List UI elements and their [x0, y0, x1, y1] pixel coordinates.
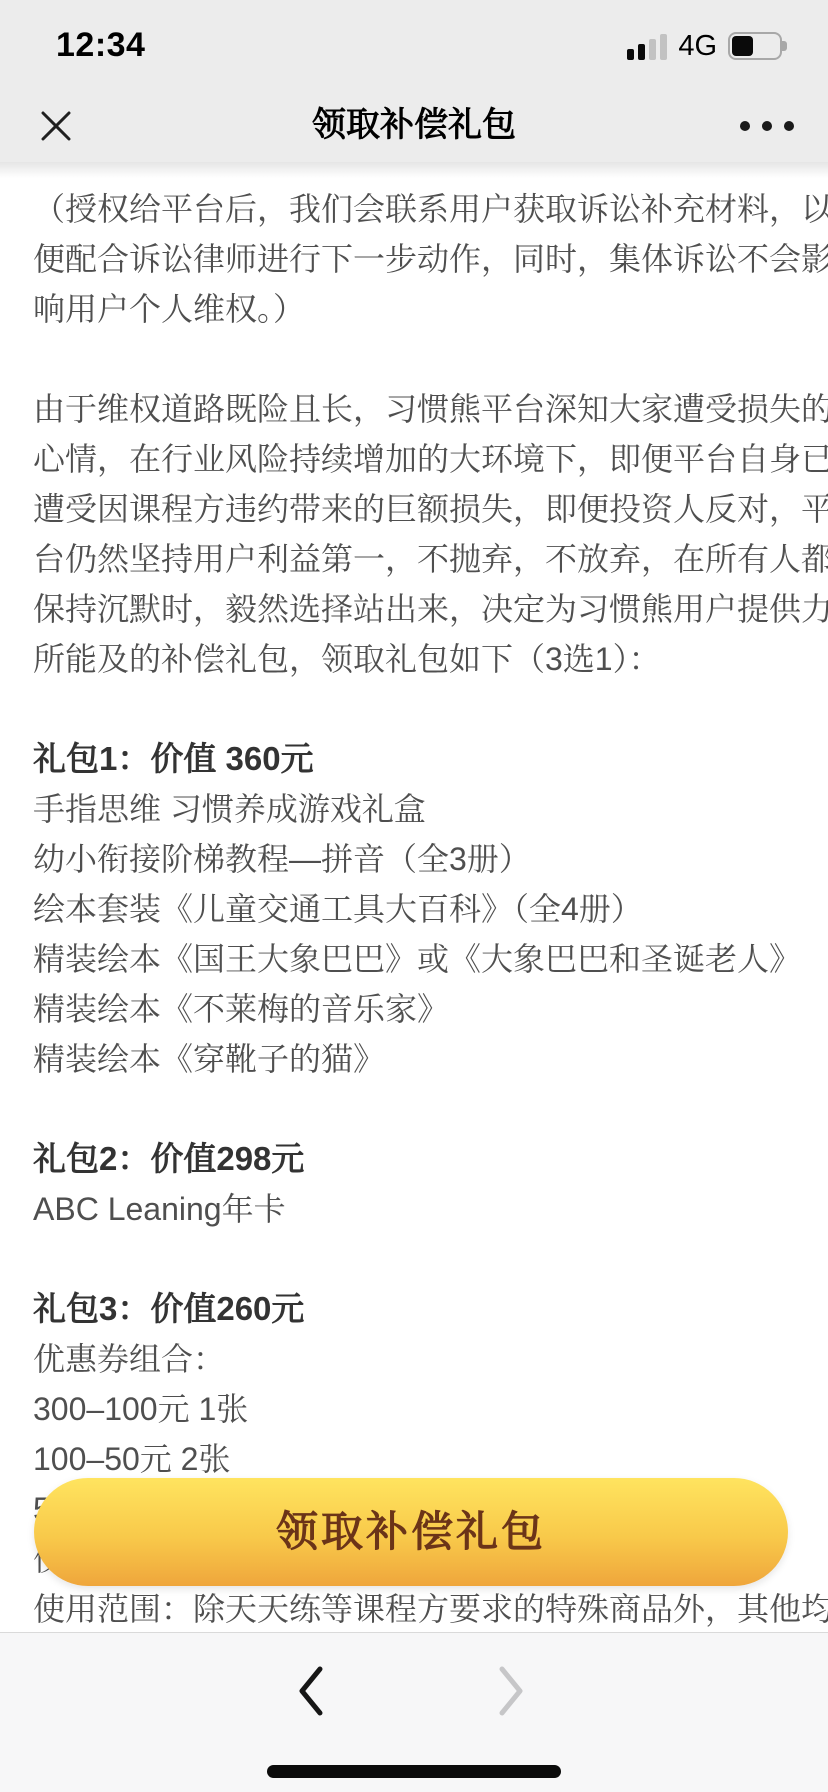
more-menu-icon[interactable] — [736, 104, 798, 148]
package-item: 幼小衔接阶梯教程—拼音（全3册） — [33, 834, 795, 884]
paragraph-intro: 由于维权道路既险且长，习惯熊平台深知大家遭受损失的心情，在行业风险持续增加的大环… — [33, 384, 795, 684]
package-item: 100–50元 2张 — [33, 1434, 795, 1484]
paragraph-line: 由于维权道路既险且长，习惯熊平台深知大家遭受损失的 — [33, 384, 795, 434]
claim-package-button-label: 领取补偿礼包 — [40, 1480, 782, 1584]
paragraph-line: 响用户个人维权。） — [33, 284, 795, 334]
back-chevron-icon[interactable] — [288, 1661, 332, 1721]
usage-note: 使用范围：除天天练等课程方要求的特殊商品外，其他均 — [33, 1584, 795, 1632]
package-item: 绘本套装《儿童交通工具大百科》（全4册） — [33, 884, 795, 934]
home-indicator-handle[interactable] — [267, 1765, 561, 1778]
paragraph-line: 台仍然坚持用户利益第一，不抛弃，不放弃，在所有人都 — [33, 534, 795, 584]
package-heading: 礼包2：价值298元 — [33, 1134, 795, 1184]
package-heading: 礼包1：价值 360元 — [33, 734, 795, 784]
package-item: 手指思维 习惯养成游戏礼盒 — [33, 784, 795, 834]
package-section: 礼包2：价值298元 ABC Leaning年卡 — [33, 1134, 795, 1234]
paragraph-line: 保持沉默时，毅然选择站出来，决定为习惯熊用户提供力 — [33, 584, 795, 634]
package-items: ABC Leaning年卡 — [33, 1184, 795, 1234]
clock-text: 12:34 — [56, 26, 145, 65]
paragraph-line: （授权给平台后，我们会联系用户获取诉讼补充材料，以 — [33, 184, 795, 234]
paragraph-line: 心情，在行业风险持续增加的大环境下，即便平台自身已 — [33, 434, 795, 484]
cellular-signal-icon — [627, 33, 667, 60]
status-icons: 4G — [627, 24, 790, 68]
forward-chevron-icon[interactable] — [490, 1661, 534, 1721]
paragraph-line: 遭受因课程方违约带来的巨额损失，即便投资人反对，平 — [33, 484, 795, 534]
package-item: 300–100元 1张 — [33, 1384, 795, 1434]
package-list: 礼包1：价值 360元 手指思维 习惯养成游戏礼盒幼小衔接阶梯教程—拼音（全3册… — [33, 734, 795, 1584]
package-heading: 礼包3：价值260元 — [33, 1284, 795, 1334]
paragraph-authorization: （授权给平台后，我们会联系用户获取诉讼补充材料，以便配合诉讼律师进行下一步动作，… — [33, 184, 795, 334]
package-items: 手指思维 习惯养成游戏礼盒幼小衔接阶梯教程—拼音（全3册）绘本套装《儿童交通工具… — [33, 784, 795, 1084]
package-item: 精装绘本《穿靴子的猫》 — [33, 1034, 795, 1084]
package-section: 礼包1：价值 360元 手指思维 习惯养成游戏礼盒幼小衔接阶梯教程—拼音（全3册… — [33, 734, 795, 1084]
claim-package-button[interactable]: 领取补偿礼包 — [34, 1478, 788, 1586]
webview-content[interactable]: （授权给平台后，我们会联系用户获取诉讼补充材料，以便配合诉讼律师进行下一步动作，… — [0, 162, 828, 1632]
network-type-label: 4G — [678, 30, 717, 63]
paragraph-line: 所能及的补偿礼包，领取礼包如下（3选1）： — [33, 634, 795, 684]
battery-icon — [728, 32, 790, 60]
package-item: ABC Leaning年卡 — [33, 1184, 795, 1234]
package-item: 优惠券组合： — [33, 1334, 795, 1384]
wechat-webview-screen: 12:34 4G — [0, 0, 828, 1792]
nav-bar: 领取补偿礼包 — [0, 88, 828, 162]
package-item: 精装绘本《不莱梅的音乐家》 — [33, 984, 795, 1034]
top-chrome: 12:34 4G — [0, 0, 828, 162]
page-title: 领取补偿礼包 — [0, 88, 828, 162]
browser-toolbar — [0, 1632, 828, 1792]
paragraph-line: 便配合诉讼律师进行下一步动作，同时，集体诉讼不会影 — [33, 234, 795, 284]
status-bar: 12:34 4G — [0, 24, 828, 68]
package-item: 精装绘本《国王大象巴巴》或《大象巴巴和圣诞老人》 — [33, 934, 795, 984]
